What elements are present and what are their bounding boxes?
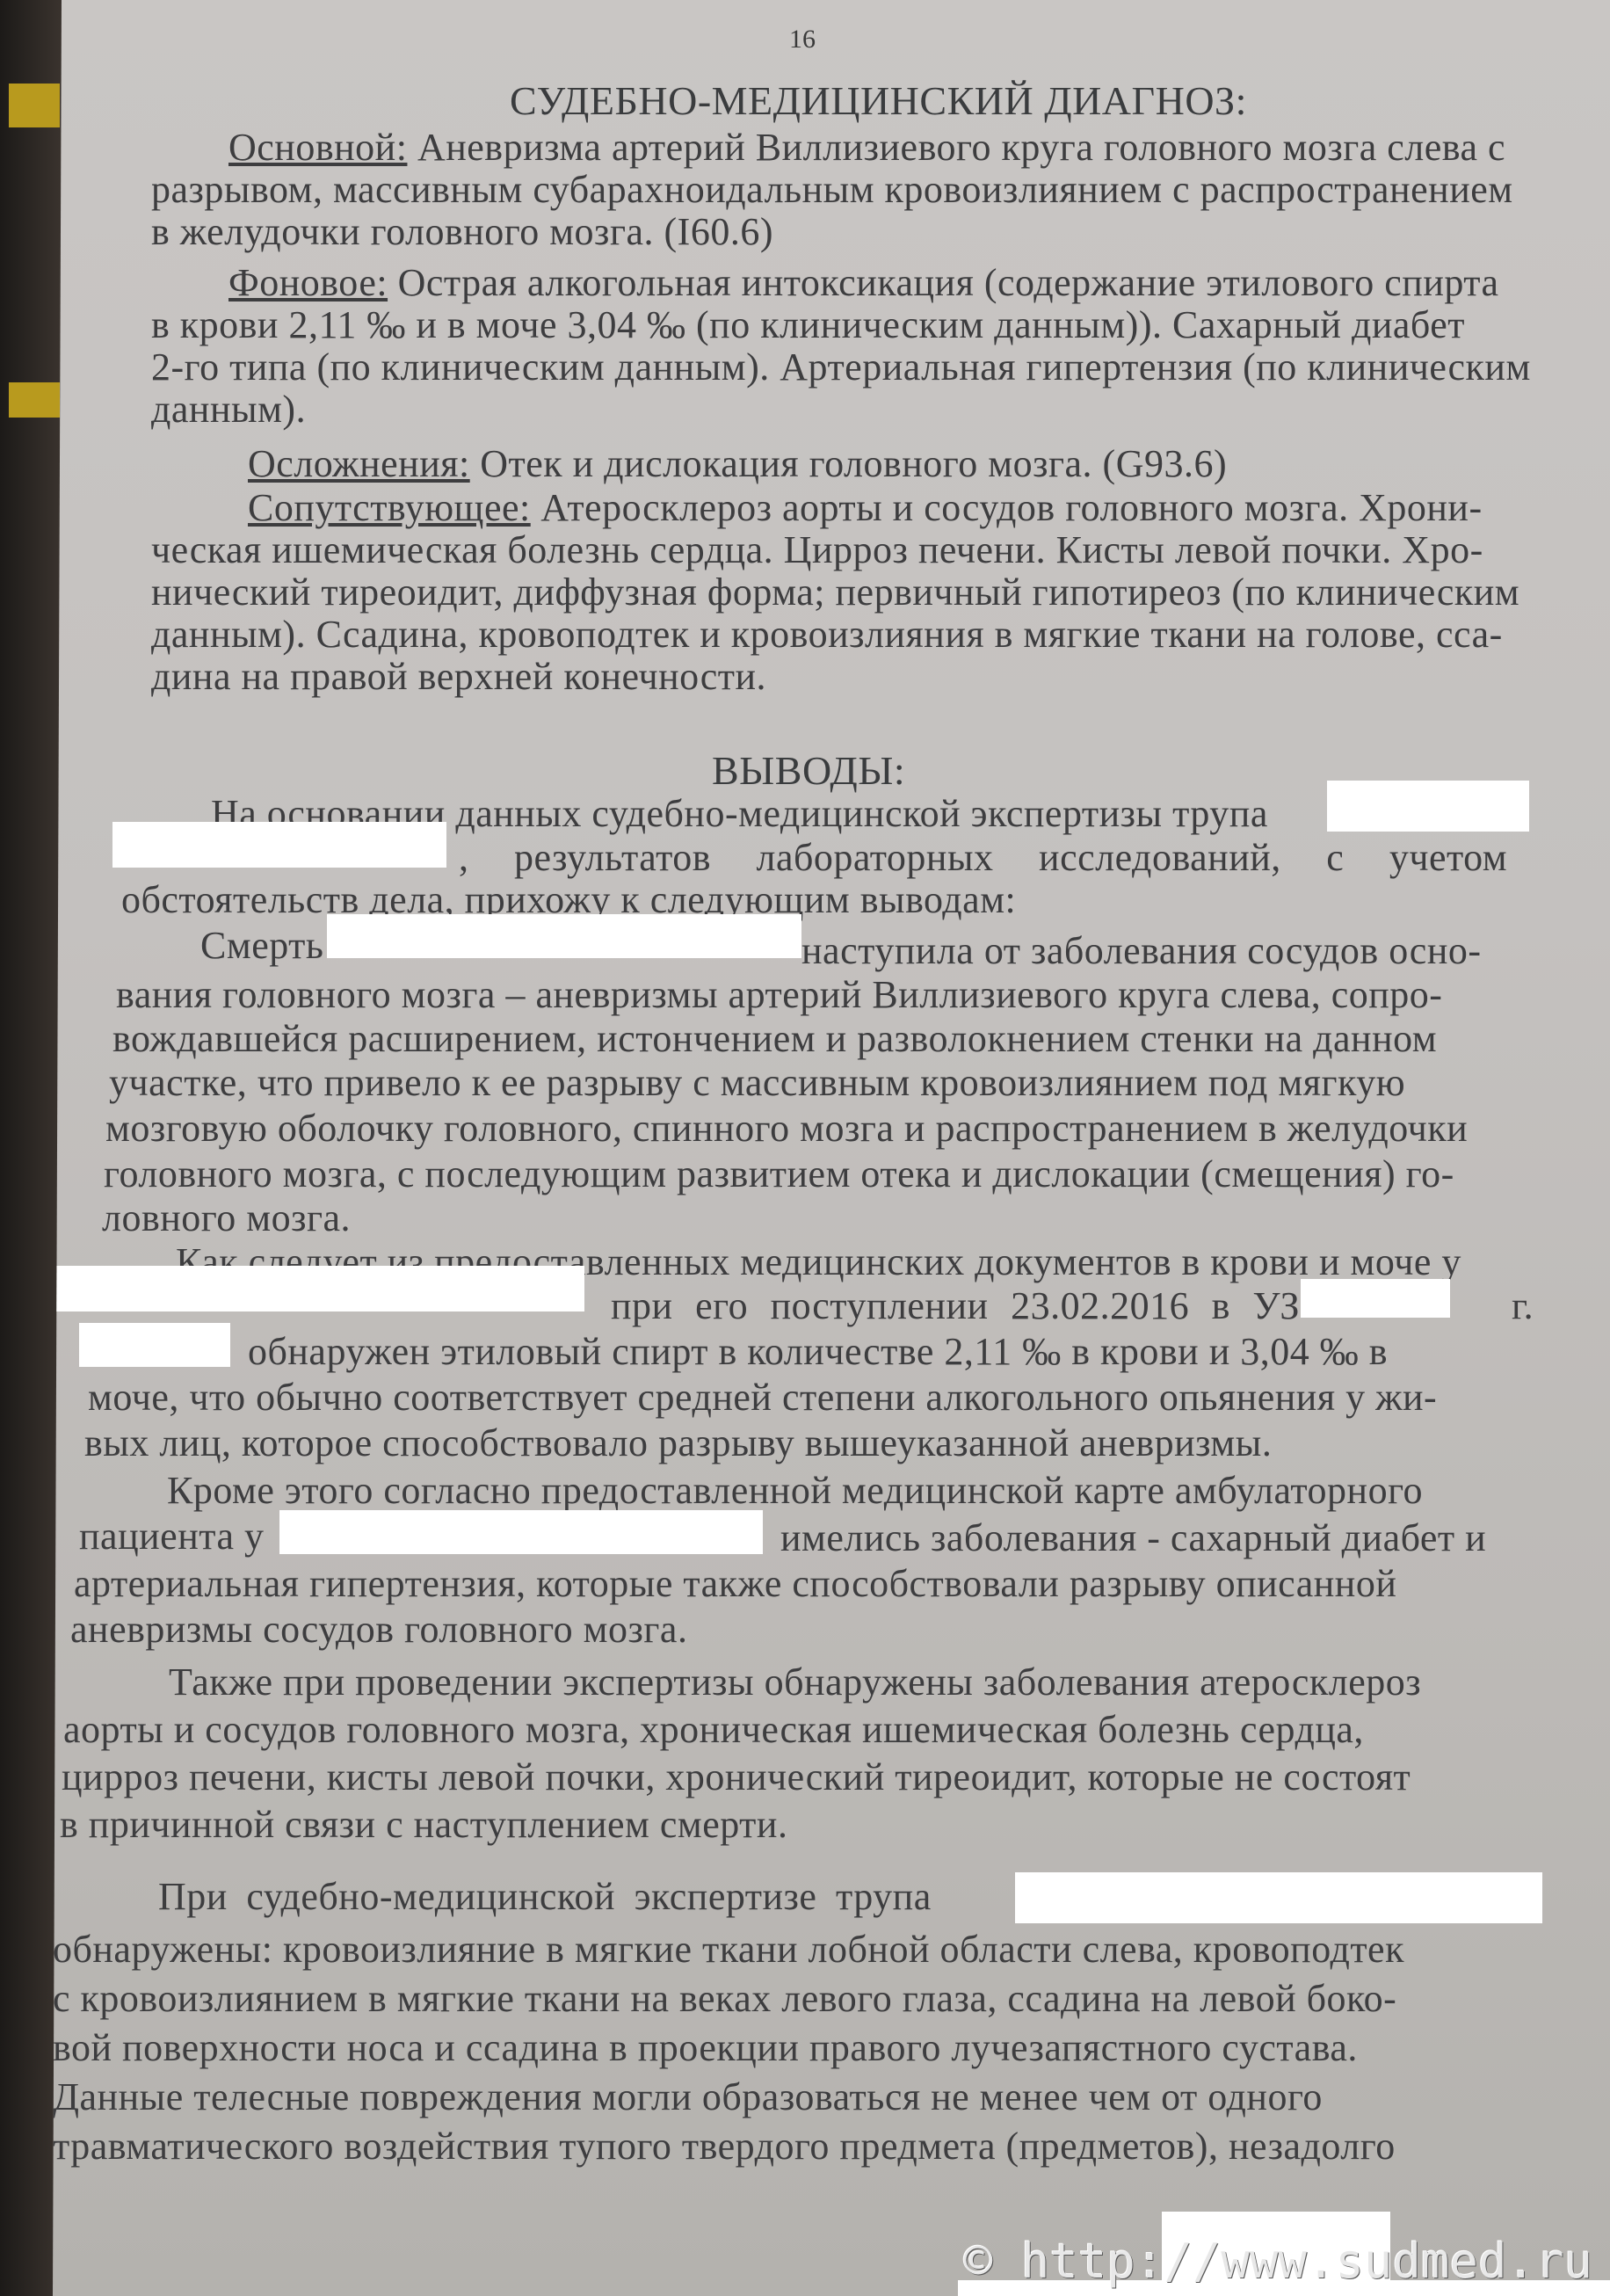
conclusions-p1-line: , результатов лабораторных исследований,…: [459, 835, 1507, 880]
background-yellow-mark: [9, 84, 60, 127]
diagnosis-title: СУДЕБНО-МЕДИЦИНСКИЙ ДИАГНОЗ:: [510, 77, 1247, 124]
page-number: 16: [789, 25, 816, 54]
redaction-box: [1301, 1279, 1450, 1318]
redaction-box: [112, 822, 446, 868]
conclusions-p6-line: вой поверхности носа и ссадина в проекци…: [53, 2025, 1358, 2070]
diagnosis-concomitant-line: данным). Ссадина, кровоподтек и кровоизл…: [151, 612, 1503, 657]
conclusions-p4-line: аневризмы сосудов головного мозга.: [70, 1607, 687, 1652]
document-page: 16 СУДЕБНО-МЕДИЦИНСКИЙ ДИАГНОЗ: Основной…: [53, 0, 1610, 2296]
diagnosis-background-line: данным).: [151, 387, 306, 432]
conclusions-p3-line: вых лиц, которое способствовало разрыву …: [84, 1420, 1272, 1465]
watermark-link[interactable]: © http://www.sudmed.ru: [964, 2234, 1592, 2289]
redaction-box: [1015, 1872, 1542, 1923]
diagnosis-background-line: в крови 2,11 ‰ и в моче 3,04 ‰ (по клини…: [151, 302, 1465, 347]
redaction-box: [327, 914, 801, 958]
conclusions-p2-line: наступила от заболевания сосудов осно-: [801, 928, 1482, 973]
redaction-box: [79, 1323, 230, 1367]
conclusions-p6-line: При судебно-медицинской экспертизе трупа: [158, 1874, 932, 1919]
conclusions-p2-line: головного мозга, с последующим развитием…: [104, 1152, 1454, 1196]
diagnosis-concomitant-line: ческая ишемическая болезнь сердца. Цирро…: [151, 527, 1483, 572]
main-label: Основной:: [228, 126, 407, 169]
diagnosis-concomitant-line: Сопутствующее: Атеросклероз аорты и сосу…: [248, 485, 1483, 530]
diagnosis-background-line: 2-го типа (по клиническим данным). Артер…: [151, 345, 1531, 389]
conclusions-title: ВЫВОДЫ:: [712, 747, 905, 794]
background-yellow-mark: [9, 382, 60, 418]
redaction-box: [53, 1266, 584, 1311]
background-surface: [0, 0, 62, 2296]
conclusions-p4-line: Кроме этого согласно предоставленной мед…: [167, 1468, 1423, 1513]
conclusions-p2-line: ловного мозга.: [102, 1195, 351, 1240]
conclusions-p3-line: обнаружен этиловый спирт в количестве 2,…: [248, 1329, 1388, 1374]
diagnosis-background-line: Фоновое: Острая алкогольная интоксикация…: [228, 260, 1499, 305]
conclusions-p5-line: аорты и сосудов головного мозга, хрониче…: [63, 1707, 1364, 1752]
diagnosis-main-line: в желудочки головного мозга. (I60.6): [151, 209, 773, 254]
conclusions-p2-line: Смерть: [200, 923, 323, 968]
conclusions-p5-line: Также при проведении экспертизы обнаруже…: [169, 1660, 1421, 1704]
conclusions-p4-line: пациента у: [79, 1514, 265, 1559]
redaction-box: [279, 1510, 763, 1554]
conclusions-p3-line: г.: [1512, 1283, 1534, 1328]
conclusions-p2-line: вождавшейся расширением, истончением и р…: [112, 1016, 1437, 1061]
conclusions-p2-line: участке, что привело к ее разрыву с масс…: [109, 1060, 1405, 1105]
background-label: Фоновое:: [228, 261, 388, 304]
conclusions-p2-line: мозговую оболочку головного, спинного мо…: [105, 1106, 1468, 1151]
diagnosis-concomitant-line: дина на правой верхней конечности.: [151, 654, 766, 699]
conclusions-p4-line: артериальная гипертензия, которые также …: [74, 1561, 1396, 1606]
diagnosis-main-line: Основной: Аневризма артерий Виллизиевого…: [228, 125, 1505, 170]
conclusions-p2-line: вания головного мозга – аневризмы артери…: [116, 972, 1442, 1017]
conclusions-p6-line: с кровоизлиянием в мягкие ткани на веках…: [53, 1976, 1396, 2021]
conclusions-p5-line: цирроз печени, кисты левой почки, хронич…: [62, 1755, 1411, 1799]
conclusions-p6-line: обнаружены: кровоизлияние в мягкие ткани…: [53, 1927, 1404, 1972]
diagnosis-main-line: разрывом, массивным субарахноидальным кр…: [151, 167, 1513, 212]
conclusions-p3-line: при его поступлении 23.02.2016 в УЗ: [611, 1283, 1300, 1328]
conclusions-p6-line: Данные телесные повреждения могли образо…: [53, 2074, 1323, 2119]
complications-label: Осложнения:: [248, 442, 470, 485]
redaction-box: [1327, 781, 1529, 832]
conclusions-p4-line: имелись заболевания - сахарный диабет и: [780, 1515, 1486, 1560]
conclusions-p6-line: травматического воздействия тупого тверд…: [53, 2124, 1396, 2169]
conclusions-p5-line: в причинной связи с наступлением смерти.: [60, 1802, 787, 1847]
conclusions-p3-line: моче, что обычно соответствует средней с…: [88, 1375, 1437, 1420]
diagnosis-concomitant-line: нический тиреоидит, диффузная форма; пер…: [151, 570, 1519, 614]
concomitant-label: Сопутствующее:: [248, 486, 531, 529]
diagnosis-complications-line: Осложнения: Отек и дислокация головного …: [248, 441, 1227, 486]
